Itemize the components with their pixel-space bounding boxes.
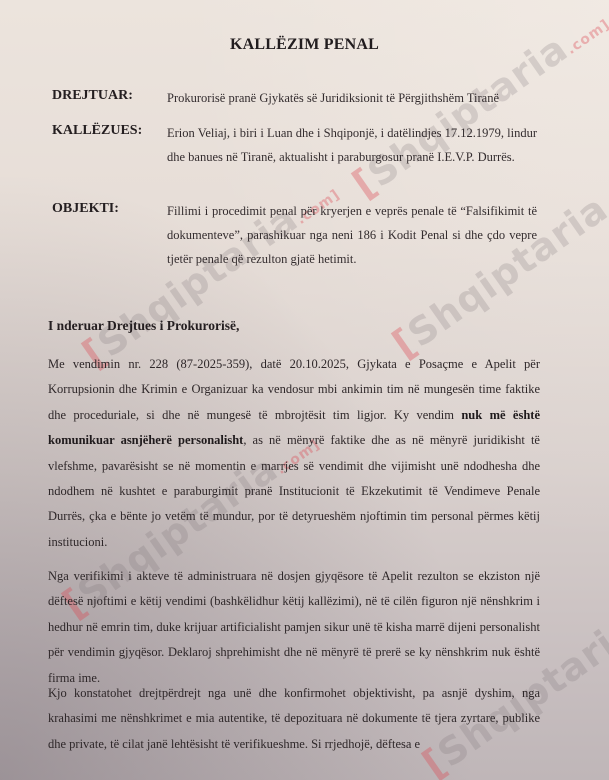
paragraph-3: Kjo konstatohet drejtpërdrejt nga unë dh… (48, 681, 540, 757)
field-value: Fillimi i procedimit penal për kryerjen … (167, 199, 537, 271)
watermark-suffix: .com] (604, 177, 609, 218)
salutation: I nderuar Drejtues i Prokurorisë, (48, 318, 239, 334)
field-value: Prokurorisë pranë Gjykatës së Juridiksio… (167, 86, 537, 110)
paragraph-2: Nga verifikimi i akteve të administruara… (48, 564, 540, 691)
field-label: DREJTUAR: (52, 88, 133, 104)
field-label: KALLËZUES: (52, 123, 142, 139)
field-value: Erion Veliaj, i biri i Luan dhe i Shqipo… (167, 121, 537, 169)
paragraph-1-text-b: , as në mënyrë faktike dhe as në mënyrë … (48, 433, 540, 549)
field-label: OBJEKTI: (52, 201, 119, 217)
document-title: KALLËZIM PENAL (0, 36, 609, 54)
paragraph-1: Me vendimin nr. 228 (87-2025-359), datë … (48, 352, 540, 555)
